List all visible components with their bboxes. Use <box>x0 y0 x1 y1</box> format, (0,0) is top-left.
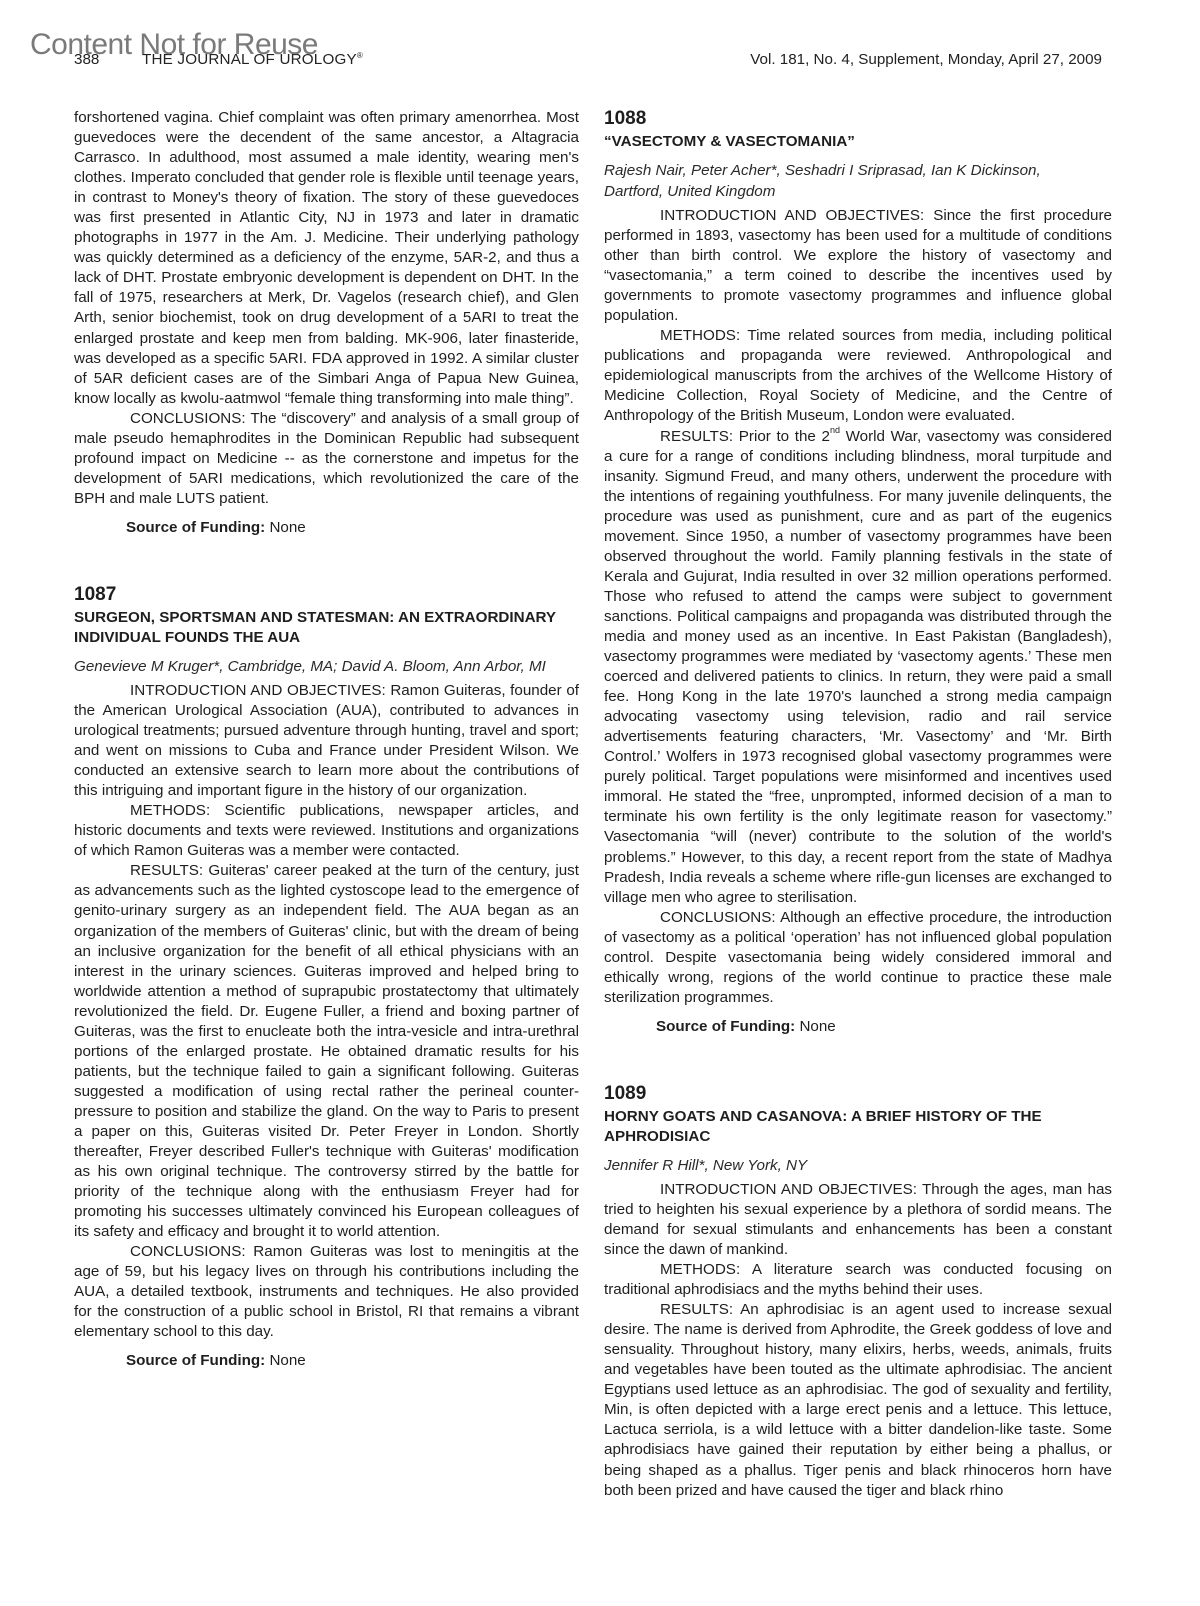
abstract-introduction: INTRODUCTION AND OBJECTIVES: Ramon Guite… <box>74 681 579 801</box>
abstract-number: 1089 <box>604 1083 1112 1105</box>
abstract-methods: METHODS: Scientific publications, newspa… <box>74 801 579 861</box>
abstract-conclusions: CONCLUSIONS: Ramon Guiteras was lost to … <box>74 1242 579 1342</box>
abstract-results: RESULTS: An aphrodisiac is an agent used… <box>604 1300 1112 1500</box>
ordinal-suffix: nd <box>830 425 840 435</box>
abstract-methods: METHODS: Time related sources from media… <box>604 326 1112 426</box>
funding-line: Source of Funding: None <box>126 518 579 538</box>
abstract-1089: 1089 HORNY GOATS AND CASANOVA: A BRIEF H… <box>604 1083 1112 1501</box>
funding-label: Source of Funding: <box>126 519 265 536</box>
abstract-1088: 1088 “VASECTOMY & VASECTOMANIA” Rajesh N… <box>604 108 1112 1037</box>
funding-label: Source of Funding: <box>656 1018 795 1035</box>
abstract-introduction: INTRODUCTION AND OBJECTIVES: Since the f… <box>604 206 1112 326</box>
abstract-authors: Genevieve M Kruger*, Cambridge, MA; Davi… <box>74 656 579 677</box>
abstract-title: HORNY GOATS AND CASANOVA: A BRIEF HISTOR… <box>604 1107 1112 1147</box>
abstract-results: RESULTS: Prior to the 2nd World War, vas… <box>604 427 1112 908</box>
right-column: 1088 “VASECTOMY & VASECTOMANIA” Rajesh N… <box>604 108 1112 1501</box>
abstract-methods: METHODS: A literature search was conduct… <box>604 1260 1112 1300</box>
results-text: World War, vasectomy was considered a cu… <box>604 428 1112 906</box>
results-prefix: RESULTS: Prior to the 2 <box>660 428 830 445</box>
registered-mark: ® <box>357 51 363 60</box>
abstract-authors: Rajesh Nair, Peter Acher*, Seshadri I Sr… <box>604 160 1074 202</box>
abstract-results: RESULTS: Guiteras' career peaked at the … <box>74 861 579 1242</box>
abstract-conclusions: CONCLUSIONS: The “discovery” and analysi… <box>74 409 579 509</box>
abstract-authors: Jennifer R Hill*, New York, NY <box>604 1155 1112 1176</box>
funding-value: None <box>269 1352 305 1369</box>
funding-value: None <box>799 1018 835 1035</box>
abstract-number: 1087 <box>74 584 579 606</box>
left-column: forshortened vagina. Chief complaint was… <box>74 108 579 1371</box>
funding-label: Source of Funding: <box>126 1352 265 1369</box>
watermark: Content Not for Reuse <box>30 28 318 62</box>
abstract-title: SURGEON, SPORTSMAN AND STATESMAN: AN EXT… <box>74 608 579 648</box>
abstract-title: “VASECTOMY & VASECTOMANIA” <box>604 132 1112 152</box>
abstract-number: 1088 <box>604 108 1112 130</box>
abstract-conclusions: CONCLUSIONS: Although an effective proce… <box>604 908 1112 1008</box>
issue-info: Vol. 181, No. 4, Supplement, Monday, Apr… <box>750 51 1102 68</box>
spacer <box>604 1037 1112 1083</box>
abstract-body: forshortened vagina. Chief complaint was… <box>74 108 579 409</box>
spacer <box>74 538 579 584</box>
funding-line: Source of Funding: None <box>126 1351 579 1371</box>
abstract-continuation: forshortened vagina. Chief complaint was… <box>74 108 579 538</box>
abstract-1087: 1087 SURGEON, SPORTSMAN AND STATESMAN: A… <box>74 584 579 1372</box>
funding-value: None <box>269 519 305 536</box>
abstract-introduction: INTRODUCTION AND OBJECTIVES: Through the… <box>604 1180 1112 1260</box>
funding-line: Source of Funding: None <box>656 1017 1112 1037</box>
